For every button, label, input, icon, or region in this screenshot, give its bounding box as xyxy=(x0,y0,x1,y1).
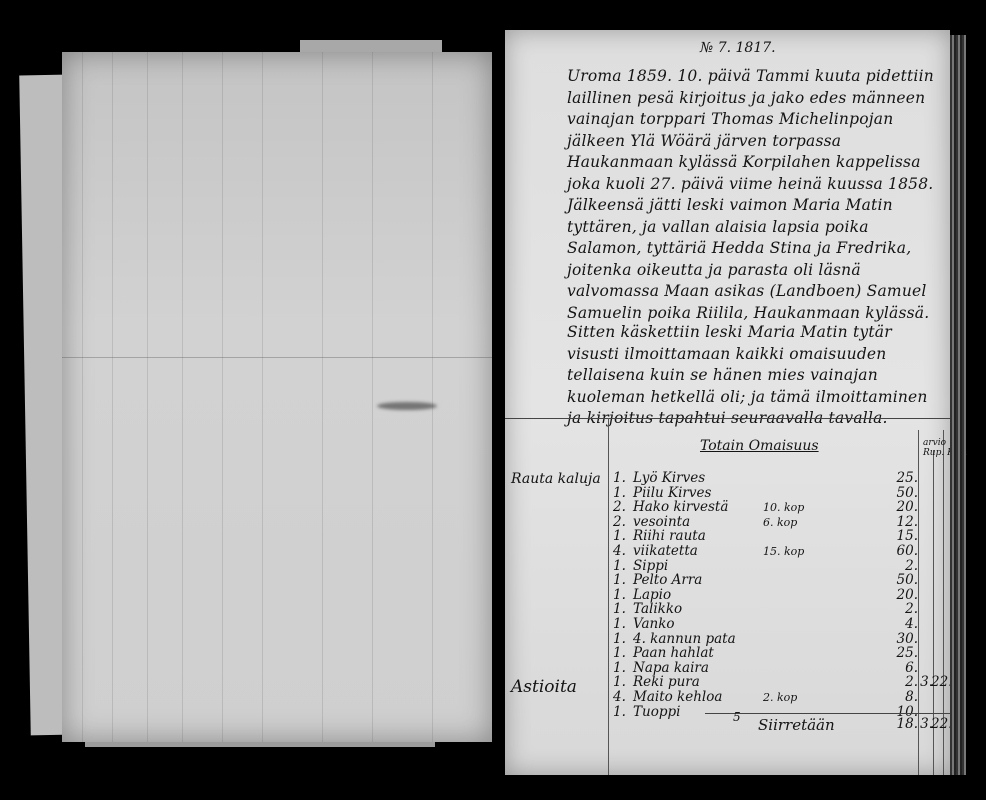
row-item: Napa kaira xyxy=(633,660,709,676)
carried-over-amount: 18. xyxy=(868,716,918,732)
carried-over-row: 5 Siirretään 18. 3. 22. xyxy=(613,716,943,734)
row-amount: 50. xyxy=(868,572,918,588)
row-qty: 1. xyxy=(613,674,626,690)
row-unit: 15. kop xyxy=(763,545,804,558)
row-unit: 2. kop xyxy=(763,691,797,704)
row-item: Pelto Arra xyxy=(633,572,702,588)
row-item: Lyö Kirves xyxy=(633,470,705,486)
category-dishes: Astioita xyxy=(511,677,577,697)
row-qty: 4. xyxy=(613,689,626,705)
row-amount: 12. xyxy=(868,514,918,530)
row-amount: 4. xyxy=(868,616,918,632)
row-amount: 2. xyxy=(868,674,918,690)
row-item: Lapio xyxy=(633,587,671,603)
row-qty: 2. xyxy=(613,514,626,530)
carried-over-kop: 22. xyxy=(931,716,951,732)
row-amount: 20. xyxy=(868,587,918,603)
page-mark: 5 xyxy=(733,710,741,724)
row-qty: 1. xyxy=(613,601,626,617)
row-amount: 6. xyxy=(868,660,918,676)
row-item: Vanko xyxy=(633,616,675,632)
row-amount: 2. xyxy=(868,601,918,617)
row-qty: 1. xyxy=(613,528,626,544)
row-amount: 30. xyxy=(868,631,918,647)
row-amount: 25. xyxy=(868,645,918,661)
estate-inventory-paragraph-2: Sitten käskettiin leski Maria Matin tytä… xyxy=(567,322,947,430)
row-item: viikatetta xyxy=(633,543,698,559)
row-amount: 60. xyxy=(868,543,918,559)
row-unit: 6. kop xyxy=(763,516,797,529)
estate-inventory-paragraph-1: Uroma 1859. 10. päivä Tammi kuuta pidett… xyxy=(567,66,947,324)
right-page: № 7. 1817. Uroma 1859. 10. päivä Tammi k… xyxy=(505,30,950,775)
row-kop: 22. xyxy=(931,674,951,690)
row-item: Talikko xyxy=(633,601,682,617)
row-qty: 1. xyxy=(613,558,626,574)
row-qty: 1. xyxy=(613,645,626,661)
row-amount: 15. xyxy=(868,528,918,544)
row-item: Maito kehloa xyxy=(633,689,722,705)
row-amount: 2. xyxy=(868,558,918,574)
row-qty: 1. xyxy=(613,470,626,486)
table-top-rule xyxy=(505,418,950,419)
category-iron-tools: Rauta kaluja xyxy=(511,471,601,487)
row-item: 4. kannun pata xyxy=(633,631,736,647)
row-item: Sippi xyxy=(633,558,668,574)
row-qty: 1. xyxy=(613,572,626,588)
column-rule xyxy=(608,418,609,775)
left-page xyxy=(62,52,492,742)
row-qty: 1. xyxy=(613,616,626,632)
row-qty: 1. xyxy=(613,485,626,501)
row-unit: 10. kop xyxy=(763,501,804,514)
row-item: vesointa xyxy=(633,514,690,530)
entry-number: № 7. 1817. xyxy=(700,40,776,56)
row-amount: 8. xyxy=(868,689,918,705)
row-qty: 1. xyxy=(613,660,626,676)
row-amount: 50. xyxy=(868,485,918,501)
row-item: Reki pura xyxy=(633,674,700,690)
row-amount: 25. xyxy=(868,470,918,486)
row-qty: 2. xyxy=(613,499,626,515)
page-edges xyxy=(950,35,966,775)
row-item: Hako kirvestä xyxy=(633,499,728,515)
ink-smudge xyxy=(377,402,437,410)
row-item: Paan hahlat xyxy=(633,645,714,661)
total-rule xyxy=(705,713,950,714)
row-item: Piilu Kirves xyxy=(633,485,711,501)
row-qty: 1. xyxy=(613,587,626,603)
row-item: Riihi rauta xyxy=(633,528,706,544)
inventory-title: Totain Omaisuus xyxy=(700,438,819,454)
row-qty: 4. xyxy=(613,543,626,559)
carried-over-label: Siirretään xyxy=(758,716,835,734)
row-qty: 1. xyxy=(613,631,626,647)
row-amount: 20. xyxy=(868,499,918,515)
